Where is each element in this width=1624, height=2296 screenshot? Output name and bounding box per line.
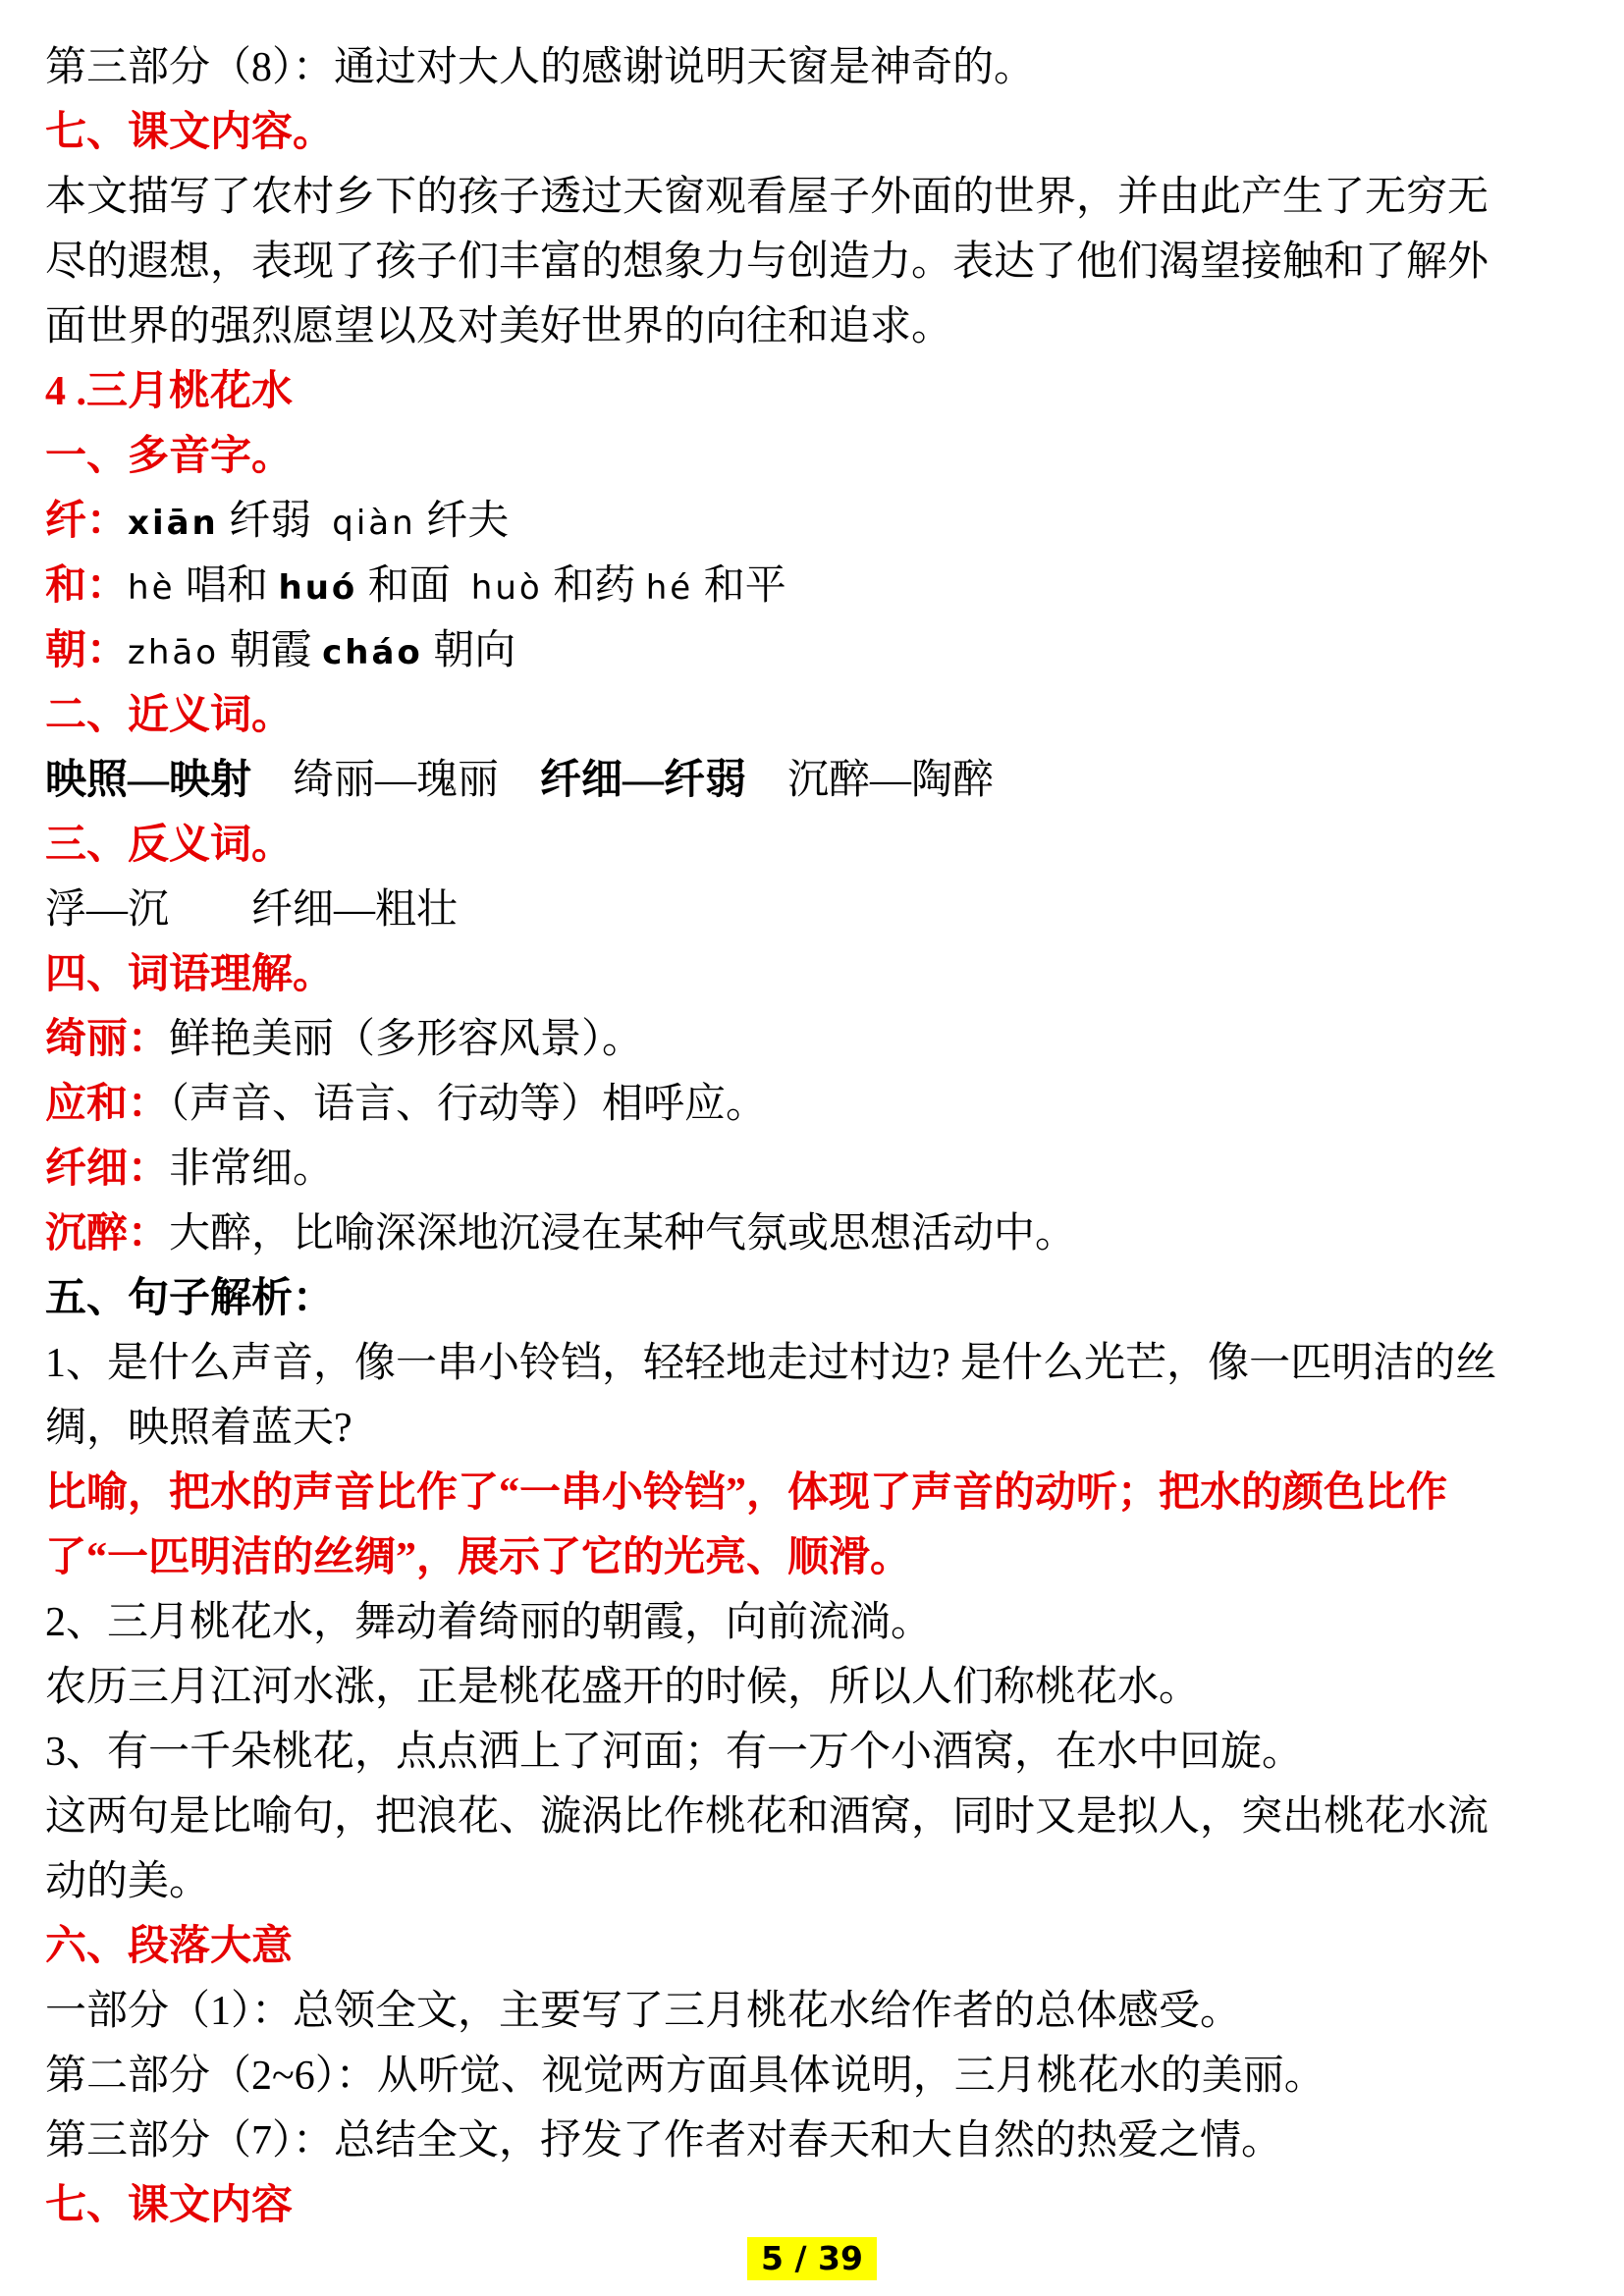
text-run: 纤弱 xyxy=(219,499,333,544)
text-run: 鲜艳美丽（多形容风景）。 xyxy=(169,1017,643,1062)
text-run: 尽的遐想，表现了孩子们丰富的想象力与创造力。表达了他们渴望接触和了解外 xyxy=(45,240,1489,285)
text-line: 沉醉：大醉，比喻深深地沉浸在某种气氛或思想活动中。 xyxy=(45,1201,1579,1266)
text-run: qiàn xyxy=(332,504,415,543)
text-run: 和： xyxy=(45,563,128,609)
text-run: 3、有一千朵桃花，点点洒上了河面；有一万个小酒窝，在水中回旋。 xyxy=(45,1730,1303,1775)
text-run: 绸，映照着蓝天? xyxy=(45,1406,352,1451)
text-run: 动的美。 xyxy=(45,1859,210,1904)
total-pages: 39 xyxy=(818,2239,863,2277)
text-line: 三、反义词。 xyxy=(45,813,1579,878)
text-run: 第三部分（7）：总结全文，抒发了作者对春天和大自然的热爱之情。 xyxy=(45,2118,1282,2163)
text-line: 农历三月江河水涨，正是桃花盛开的时候，所以人们称桃花水。 xyxy=(45,1655,1579,1720)
page-indicator: 5 / 39 xyxy=(747,2237,877,2280)
text-line: 纤：xiān 纤弱 qiàn 纤夫 xyxy=(45,489,1579,554)
text-run: 和药 xyxy=(543,563,646,609)
text-line: 七、课文内容。 xyxy=(45,100,1579,165)
text-run: 比喻，把水的声音比作了“一串小铃铛”，体现了声音的动听；把水的颜色比作 xyxy=(45,1470,1447,1516)
text-run: 4 .三月桃花水 xyxy=(45,369,293,414)
text-run: 纤细—纤弱 xyxy=(540,758,746,803)
text-run: 应和： xyxy=(45,1082,169,1127)
page-separator: / xyxy=(784,2239,818,2277)
text-line: 和：hè 唱和 huó 和面 huò 和药 hé 和平 xyxy=(45,554,1579,618)
text-run: 朝霞 xyxy=(219,628,322,673)
text-run: 2、三月桃花水，舞动着绮丽的朝霞，向前流淌。 xyxy=(45,1600,932,1645)
text-line: 2、三月桃花水，舞动着绮丽的朝霞，向前流淌。 xyxy=(45,1590,1579,1655)
text-line: 七、课文内容 xyxy=(45,2173,1579,2238)
text-run: 绮丽—瑰丽 xyxy=(251,758,540,803)
text-line: 了“一匹明洁的丝绸”，展示了它的光亮、顺滑。 xyxy=(45,1525,1579,1590)
text-line: 一部分（1）：总领全文，主要写了三月桃花水给作者的总体感受。 xyxy=(45,1979,1579,2044)
text-run: 和平 xyxy=(693,563,786,609)
text-run: 1、是什么声音，像一串小铃铛，轻轻地走过村边? 是什么光芒，像一匹明洁的丝 xyxy=(45,1341,1496,1386)
text-run: 纤夫 xyxy=(416,499,510,544)
text-run: 大醉，比喻深深地沉浸在某种气氛或思想活动中。 xyxy=(169,1211,1076,1256)
text-run: 七、课文内容 xyxy=(45,2183,293,2228)
text-line: 1、是什么声音，像一串小铃铛，轻轻地走过村边? 是什么光芒，像一匹明洁的丝 xyxy=(45,1331,1579,1396)
text-line: 二、近义词。 xyxy=(45,683,1579,748)
text-run: 五、句子解析： xyxy=(45,1276,334,1321)
text-run: 非常细。 xyxy=(169,1147,334,1192)
text-run: 朝： xyxy=(45,628,128,673)
text-line: 绮丽：鲜艳美丽（多形容风景）。 xyxy=(45,1007,1579,1072)
text-run: 了“一匹明洁的丝绸”，展示了它的光亮、顺滑。 xyxy=(45,1535,911,1580)
text-line: 朝：zhāo 朝霞 cháo 朝向 xyxy=(45,618,1579,683)
text-run: 映照—映射 xyxy=(45,758,251,803)
text-run: 朝向 xyxy=(423,628,516,673)
text-run: 纤： xyxy=(45,499,128,544)
text-run: 第三部分（8）：通过对大人的感谢说明天窗是神奇的。 xyxy=(45,45,1035,90)
text-line: 五、句子解析： xyxy=(45,1266,1579,1331)
text-run: 沉醉—陶醉 xyxy=(746,758,994,803)
text-run: huò xyxy=(471,568,543,608)
text-line: 比喻，把水的声音比作了“一串小铃铛”，体现了声音的动听；把水的颜色比作 xyxy=(45,1461,1579,1525)
text-run: 本文描写了农村乡下的孩子透过天窗观看屋子外面的世界，并由此产生了无穷无 xyxy=(45,175,1489,220)
text-line: 这两句是比喻句，把浪花、漩涡比作桃花和酒窝，同时又是拟人，突出桃花水流 xyxy=(45,1785,1579,1849)
text-line: 4 .三月桃花水 xyxy=(45,359,1579,424)
text-line: 映照—映射 绮丽—瑰丽 纤细—纤弱 沉醉—陶醉 xyxy=(45,748,1579,813)
text-run: hé xyxy=(646,568,693,608)
text-run: 六、段落大意 xyxy=(45,1924,293,1969)
text-line: 纤细：非常细。 xyxy=(45,1137,1579,1201)
text-run: 农历三月江河水涨，正是桃花盛开的时候，所以人们称桃花水。 xyxy=(45,1665,1200,1710)
text-line: 动的美。 xyxy=(45,1849,1579,1914)
text-run: huó xyxy=(279,568,358,608)
document-page: 第三部分（8）：通过对大人的感谢说明天窗是神奇的。七、课文内容。本文描写了农村乡… xyxy=(0,0,1624,2296)
text-line: 第三部分（7）：总结全文，抒发了作者对春天和大自然的热爱之情。 xyxy=(45,2109,1579,2173)
text-run: 唱和 xyxy=(175,563,278,609)
text-run: 第二部分（2~6）：从听觉、视觉两方面具体说明，三月桃花水的美丽。 xyxy=(45,2054,1326,2099)
text-line: 浮—沉 纤细—粗壮 xyxy=(45,878,1579,942)
text-run: hè xyxy=(128,568,175,608)
text-line: 应和：（声音、语言、行动等）相呼应。 xyxy=(45,1072,1579,1137)
current-page: 5 xyxy=(761,2239,784,2277)
text-run: 二、近义词。 xyxy=(45,693,293,738)
text-line: 第二部分（2~6）：从听觉、视觉两方面具体说明，三月桃花水的美丽。 xyxy=(45,2044,1579,2109)
text-line: 六、段落大意 xyxy=(45,1914,1579,1979)
text-line: 第三部分（8）：通过对大人的感谢说明天窗是神奇的。 xyxy=(45,35,1579,100)
text-line: 尽的遐想，表现了孩子们丰富的想象力与创造力。表达了他们渴望接触和了解外 xyxy=(45,230,1579,294)
text-run: 一、多音字。 xyxy=(45,434,293,479)
text-run: 面世界的强烈愿望以及对美好世界的向往和追求。 xyxy=(45,304,952,349)
text-line: 一、多音字。 xyxy=(45,424,1579,489)
text-run: 和面 xyxy=(357,563,471,609)
text-line: 绸，映照着蓝天? xyxy=(45,1396,1579,1461)
text-run: 纤细： xyxy=(45,1147,169,1192)
text-run: zhāo xyxy=(128,633,219,672)
text-run: 三、反义词。 xyxy=(45,823,293,868)
text-line: 3、有一千朵桃花，点点洒上了河面；有一万个小酒窝，在水中回旋。 xyxy=(45,1720,1579,1785)
text-run: 绮丽： xyxy=(45,1017,169,1062)
document-body: 第三部分（8）：通过对大人的感谢说明天窗是神奇的。七、课文内容。本文描写了农村乡… xyxy=(0,0,1624,2238)
text-run: cháo xyxy=(322,633,423,672)
text-run: 一部分（1）：总领全文，主要写了三月桃花水给作者的总体感受。 xyxy=(45,1989,1241,2034)
text-line: 面世界的强烈愿望以及对美好世界的向往和追求。 xyxy=(45,294,1579,359)
text-run: xiān xyxy=(128,504,219,543)
text-run: 四、词语理解。 xyxy=(45,952,334,997)
text-run: 沉醉： xyxy=(45,1211,169,1256)
text-run: 七、课文内容。 xyxy=(45,110,334,155)
text-run: 这两句是比喻句，把浪花、漩涡比作桃花和酒窝，同时又是拟人，突出桃花水流 xyxy=(45,1794,1489,1840)
text-lines: 第三部分（8）：通过对大人的感谢说明天窗是神奇的。七、课文内容。本文描写了农村乡… xyxy=(45,35,1579,2238)
page-footer: 5 / 39 xyxy=(0,2237,1624,2280)
text-run: 浮—沉 纤细—粗壮 xyxy=(45,887,458,933)
text-line: 本文描写了农村乡下的孩子透过天窗观看屋子外面的世界，并由此产生了无穷无 xyxy=(45,165,1579,230)
text-run: （声音、语言、行动等）相呼应。 xyxy=(169,1082,767,1127)
text-line: 四、词语理解。 xyxy=(45,942,1579,1007)
